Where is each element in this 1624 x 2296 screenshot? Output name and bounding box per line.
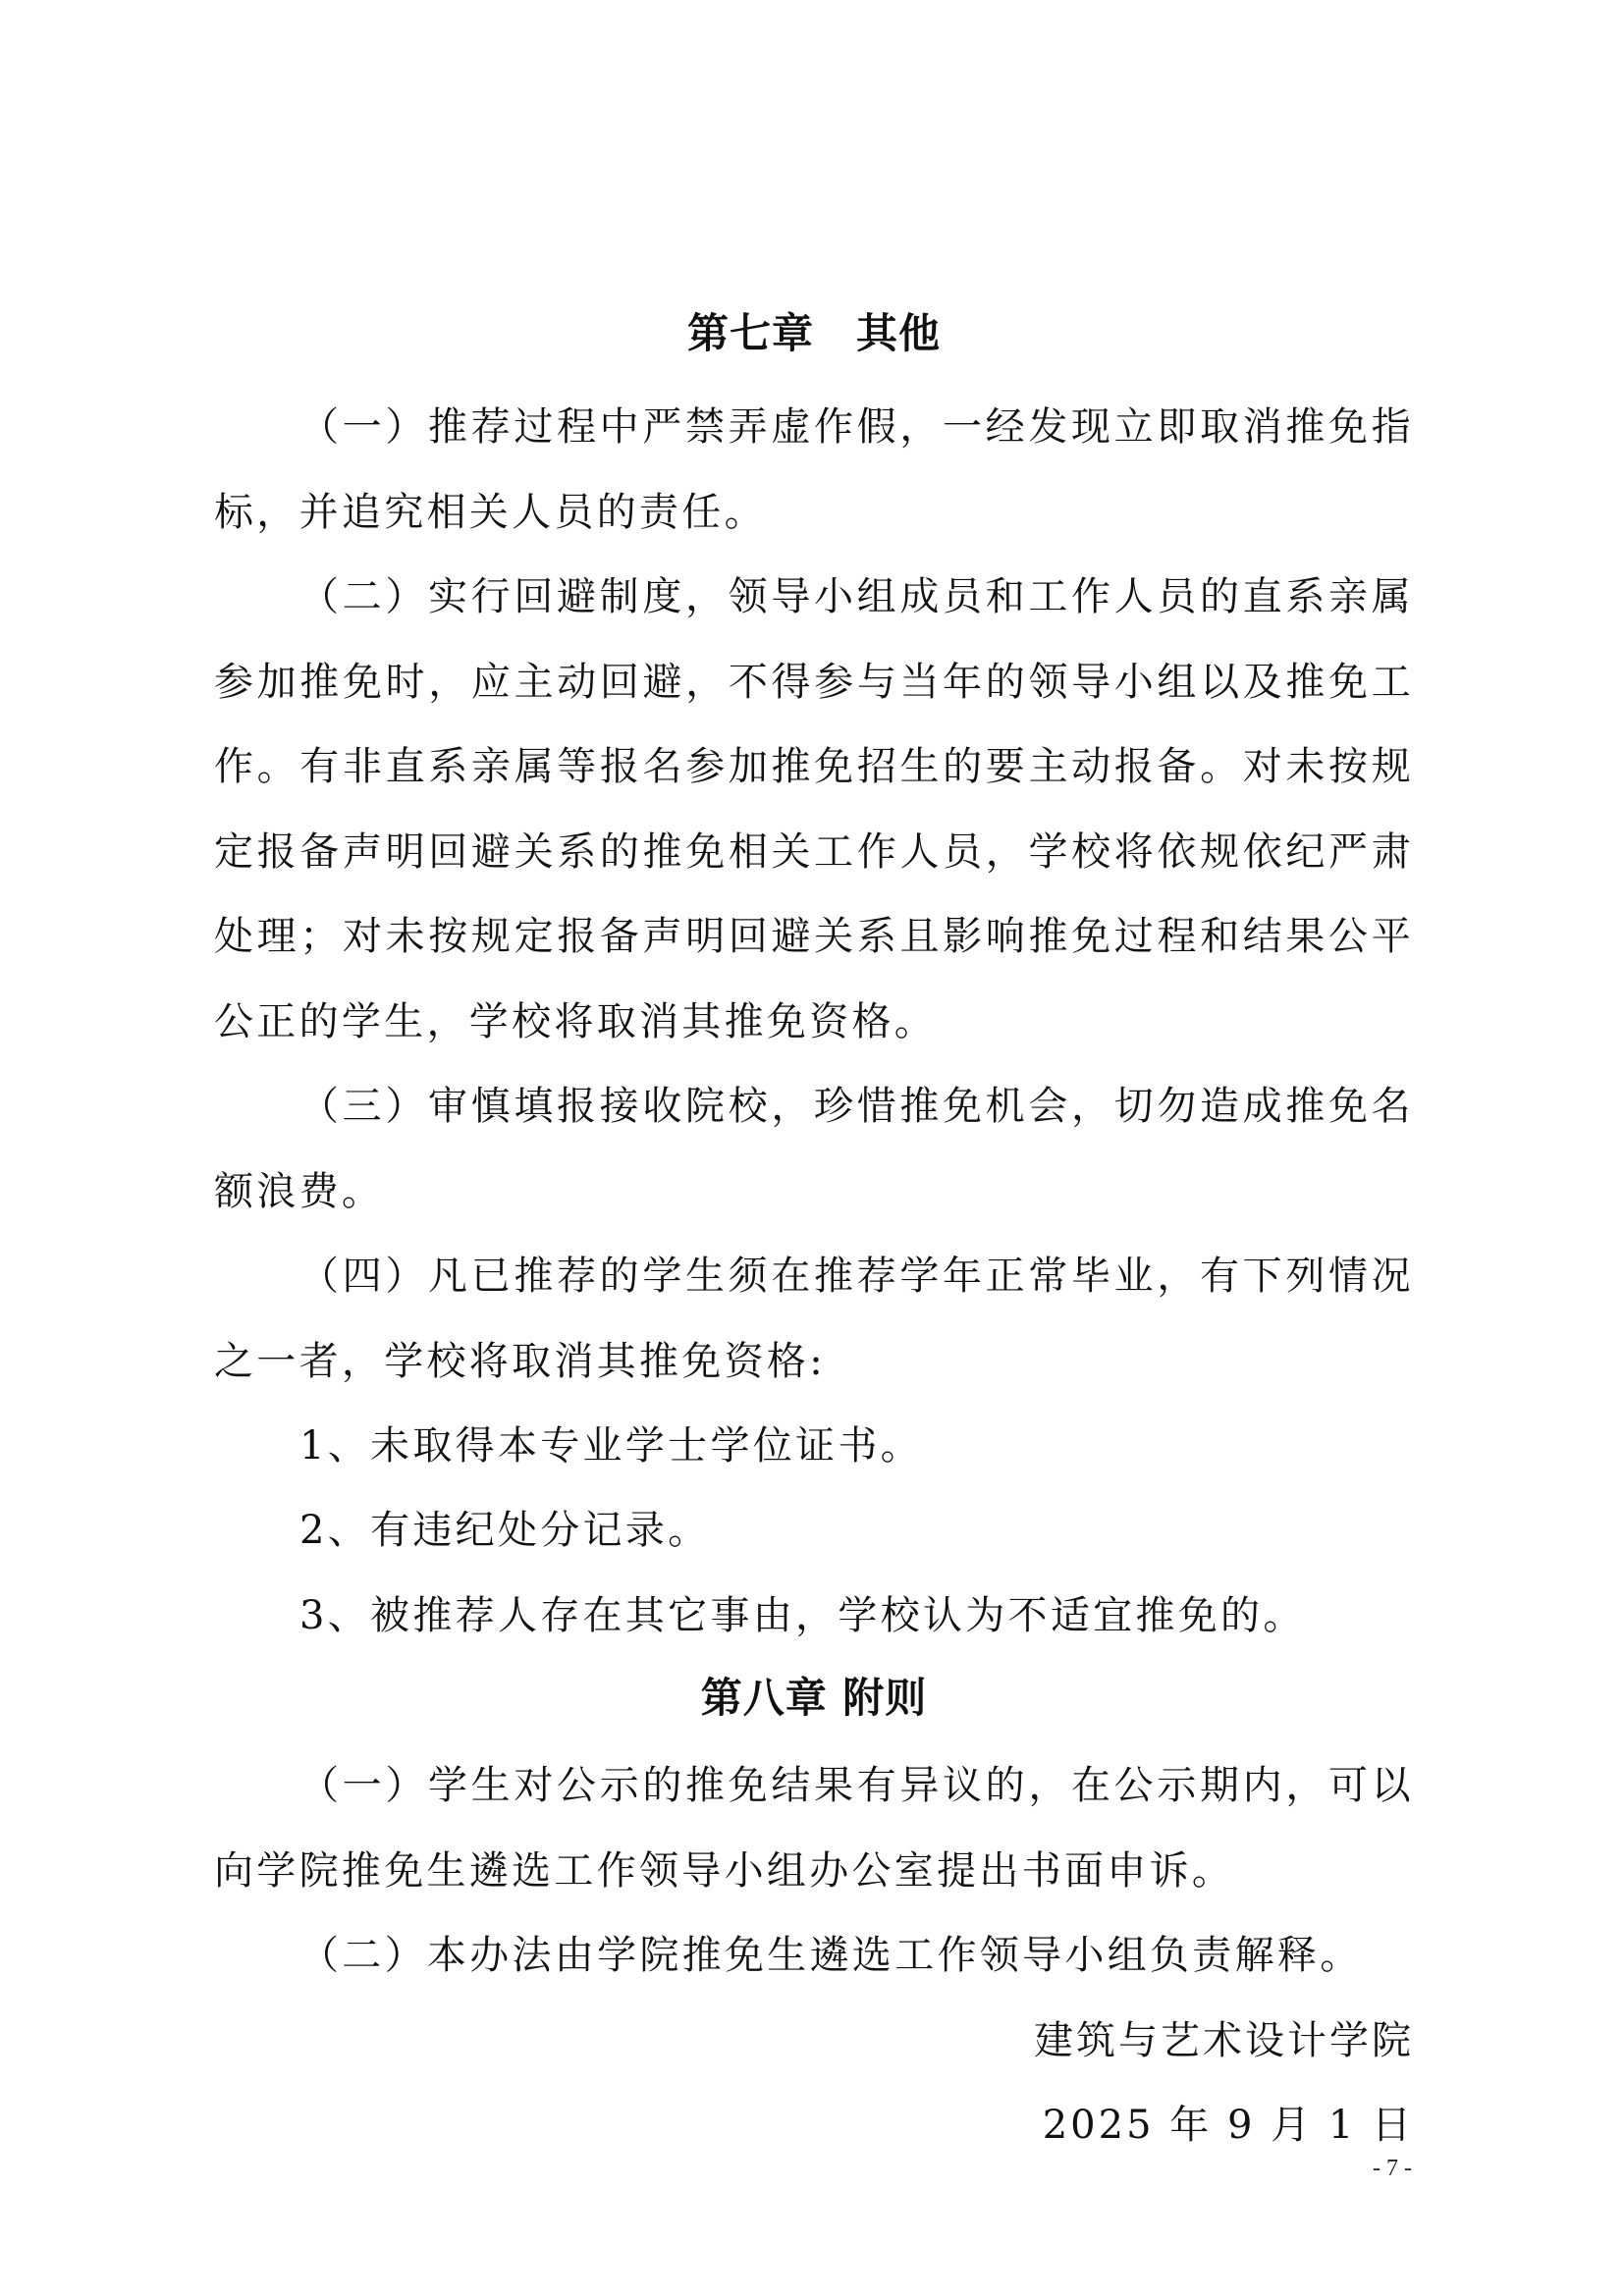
chapter-8-title: 第八章 附则 xyxy=(214,1669,1414,1728)
chapter-7-paragraph-2: （二）实行回避制度，领导小组成员和工作人员的直系亲属参加推免时，应主动回避，不得… xyxy=(214,555,1414,1064)
signature-date: 2025 年 9 月 1 日 xyxy=(1043,2083,1414,2168)
chapter-8-paragraph-2: （二）本办法由学院推免生遴选工作领导小组负责解释。 xyxy=(214,1913,1414,1999)
disqualification-item-1: 1、未取得本专业学士学位证书。 xyxy=(299,1404,1414,1489)
disqualification-item-3: 3、被推荐人存在其它事由，学校认为不适宜推免的。 xyxy=(299,1574,1414,1659)
chapter-7-paragraph-3: （三）审慎填报接收院校，珍惜推免机会，切勿造成推免名额浪费。 xyxy=(214,1064,1414,1234)
chapter-8-paragraph-1: （一）学生对公示的推免结果有异议的，在公示期内，可以向学院推免生遴选工作领导小组… xyxy=(214,1743,1414,1913)
chapter-7-title: 第七章 其他 xyxy=(214,304,1414,363)
chapter-7-paragraph-1: （一）推荐过程中严禁弄虚作假，一经发现立即取消推免指标，并追究相关人员的责任。 xyxy=(214,385,1414,555)
signature-organization: 建筑与艺术设计学院 xyxy=(1034,1999,1414,2084)
page-number: - 7 - xyxy=(1373,2156,1412,2182)
disqualification-item-2: 2、有违纪处分记录。 xyxy=(299,1488,1414,1574)
chapter-7-paragraph-4: （四）凡已推荐的学生须在推荐学年正常毕业，有下列情况之一者，学校将取消其推免资格… xyxy=(214,1234,1414,1404)
